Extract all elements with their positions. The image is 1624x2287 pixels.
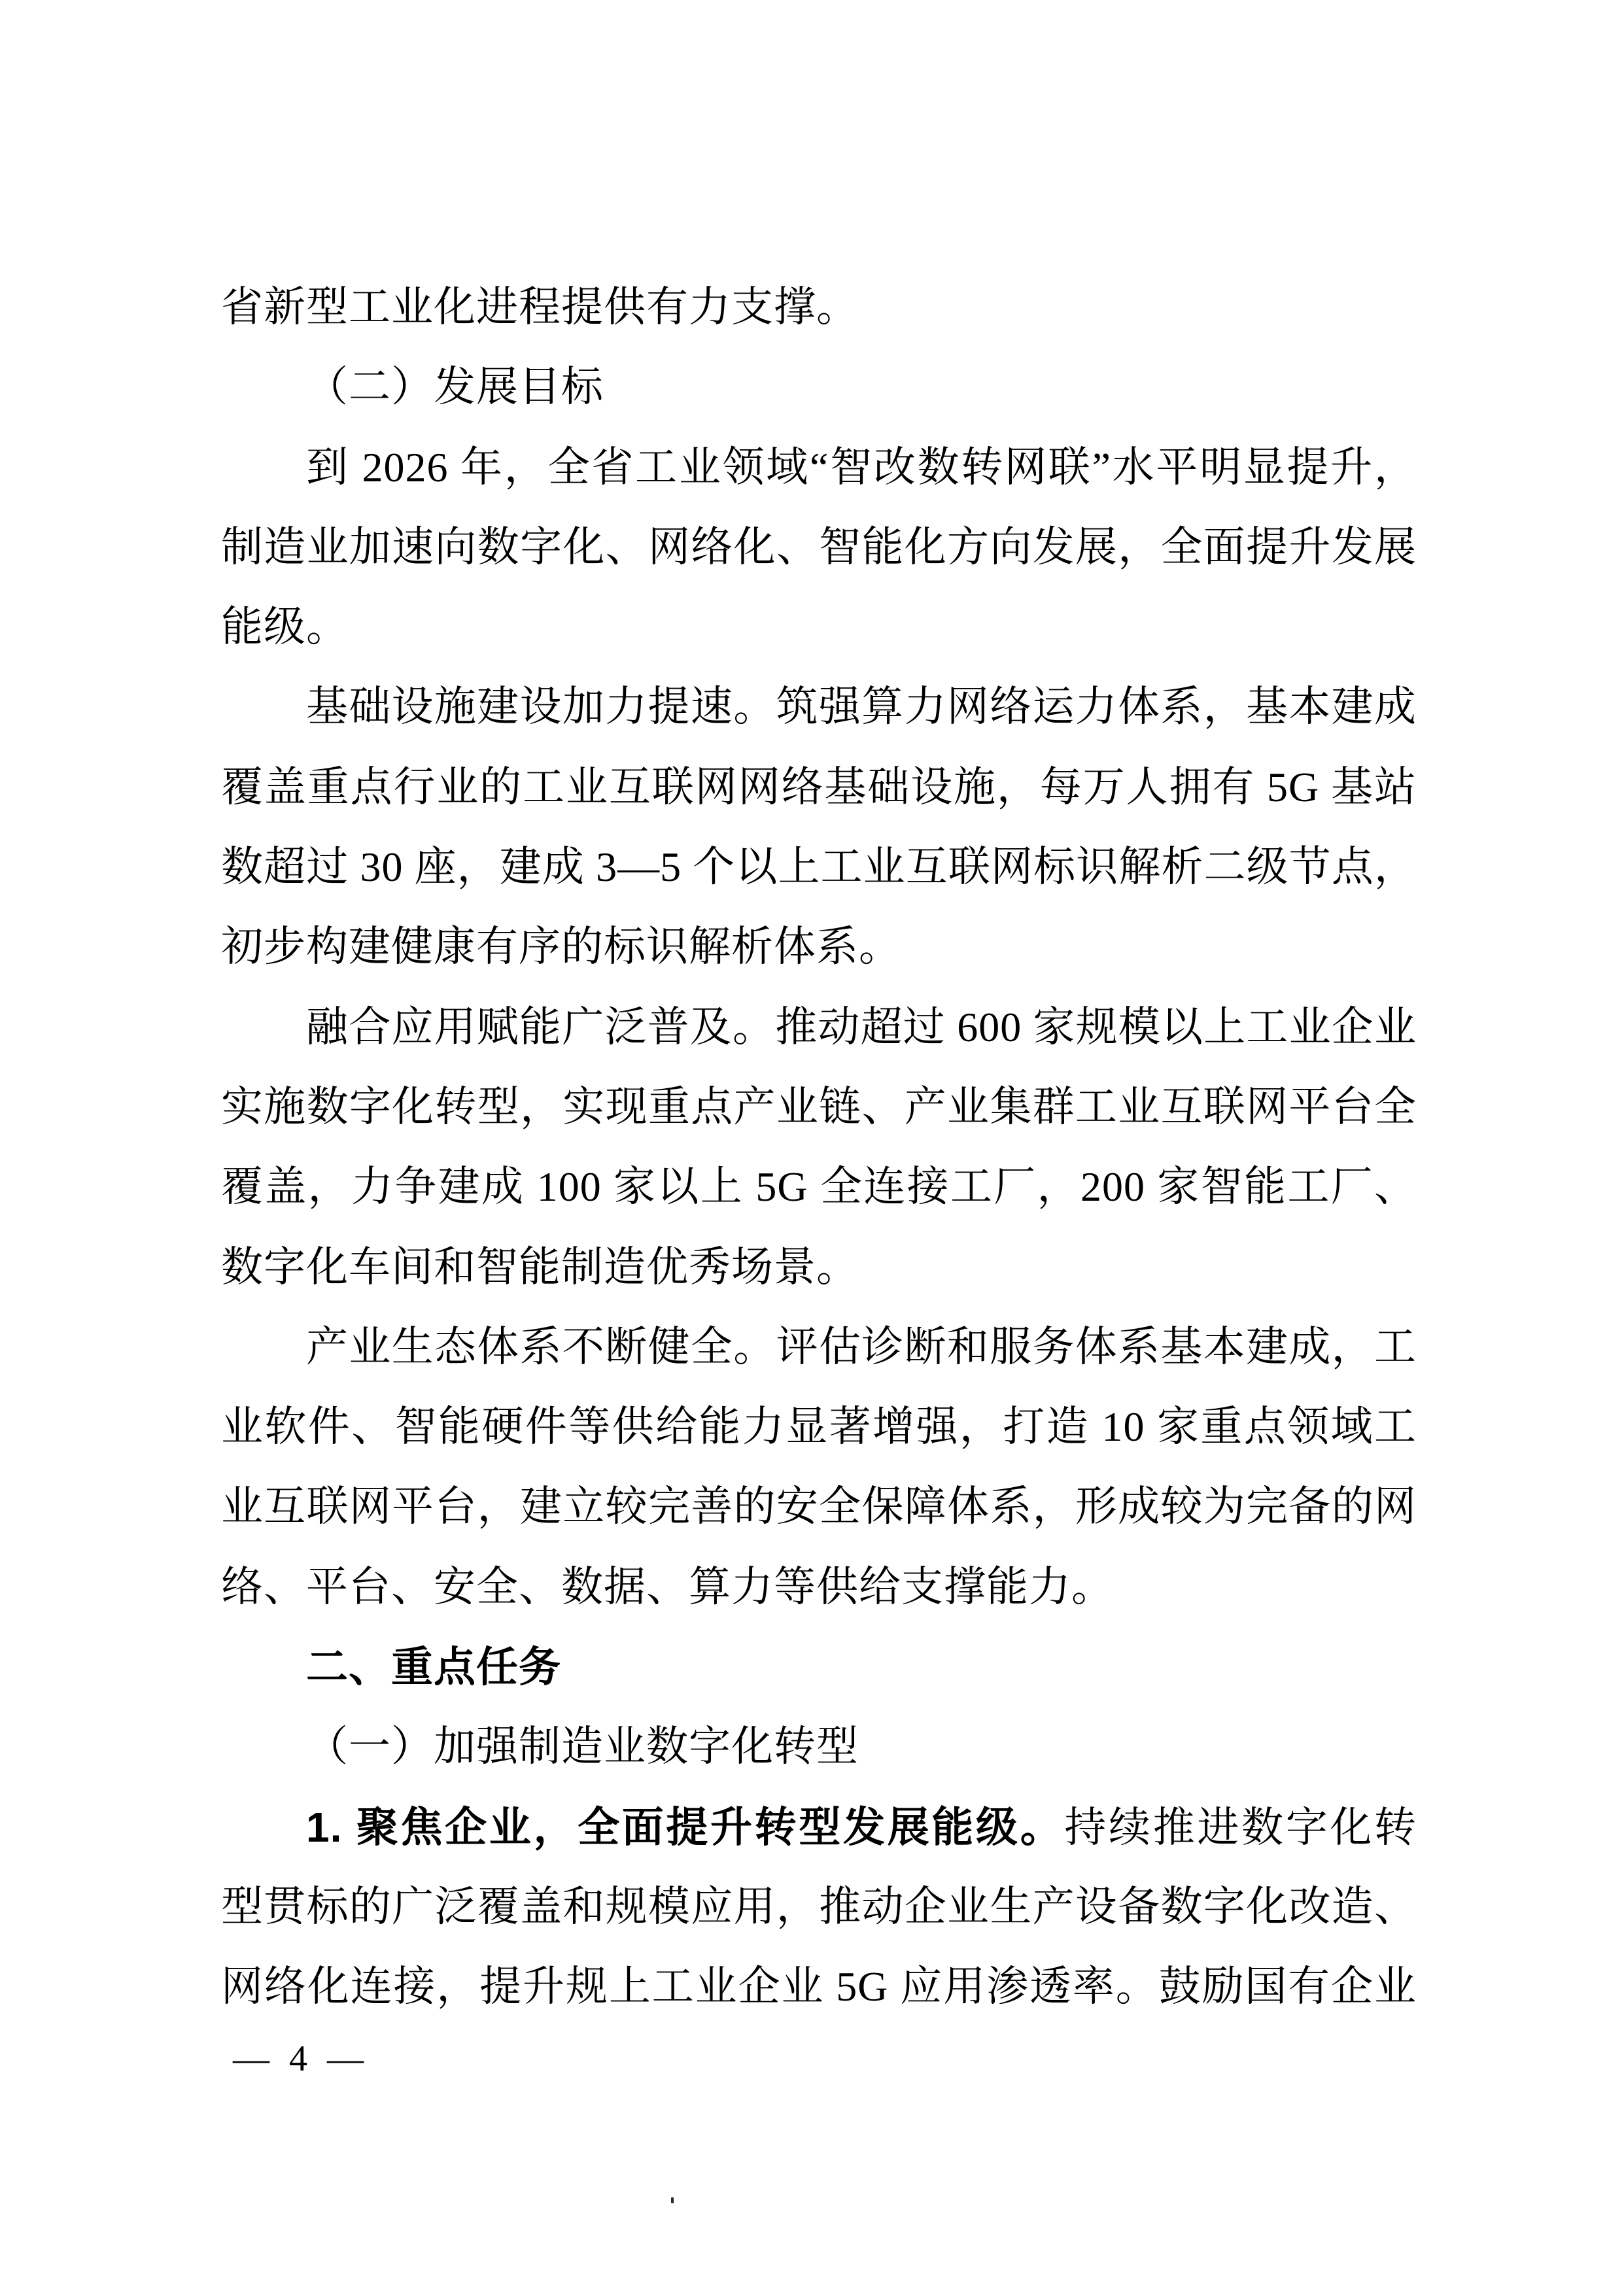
body-line: 络、平台、安全、数据、算力等供给支撑能力。 (221, 1547, 1417, 1627)
body-line: 能级。 (221, 587, 1417, 667)
body-line: 实施数字化转型，实现重点产业链、产业集群工业互联网平台全 (221, 1067, 1417, 1147)
subsection-heading-2: （二）发展目标 (221, 347, 1417, 427)
section-heading: 二、重点任务 (221, 1627, 1417, 1707)
page-number: — 4 — (233, 2026, 369, 2091)
numbered-item-line: 1. 聚焦企业，全面提升转型发展能级。持续推进数字化转 (221, 1787, 1417, 1867)
numbered-item-text: 持续推进数字化转 (1064, 1804, 1417, 1851)
body-line: 数超过 30 座，建成 3—5 个以上工业互联网标识解析二级节点， (221, 827, 1417, 907)
subsection-heading-1: （一）加强制造业数字化转型 (221, 1707, 1417, 1787)
body-line: 型贯标的广泛覆盖和规模应用，推动企业生产设备数字化改造、 (221, 1867, 1417, 1947)
body-line: 网络化连接，提升规上工业企业 5G 应用渗透率。鼓励国有企业 (221, 1947, 1417, 2027)
body-line: 到 2026 年，全省工业领域“智改数转网联”水平明显提升， (221, 428, 1417, 507)
body-line: 初步构建健康有序的标识解析体系。 (221, 907, 1417, 987)
document-page: 省新型工业化进程提供有力支撑。 （二）发展目标 到 2026 年，全省工业领域“… (0, 0, 1624, 2287)
body-line: 业软件、智能硬件等供给能力显著增强，打造 10 家重点领域工 (221, 1387, 1417, 1467)
body-line: 省新型工业化进程提供有力支撑。 (221, 267, 1417, 347)
body-line: 业互联网平台，建立较完善的安全保障体系，形成较为完备的网 (221, 1467, 1417, 1547)
body-line: 制造业加速向数字化、网络化、智能化方向发展，全面提升发展 (221, 507, 1417, 587)
document-body: 省新型工业化进程提供有力支撑。 （二）发展目标 到 2026 年，全省工业领域“… (221, 267, 1417, 2027)
body-line: 覆盖，力争建成 100 家以上 5G 全连接工厂，200 家智能工厂、 (221, 1147, 1417, 1227)
body-line: 产业生态体系不断健全。评估诊断和服务体系基本建成，工 (221, 1307, 1417, 1387)
body-line: 融合应用赋能广泛普及。推动超过 600 家规模以上工业企业 (221, 988, 1417, 1067)
numbered-item-title: 1. 聚焦企业，全面提升转型发展能级。 (306, 1804, 1064, 1851)
body-line: 基础设施建设加力提速。筑强算力网络运力体系，基本建成 (221, 667, 1417, 747)
body-line: 覆盖重点行业的工业互联网网络基础设施，每万人拥有 5G 基站 (221, 748, 1417, 827)
body-line: 数字化车间和智能制造优秀场景。 (221, 1228, 1417, 1307)
scan-speck (671, 2197, 674, 2203)
